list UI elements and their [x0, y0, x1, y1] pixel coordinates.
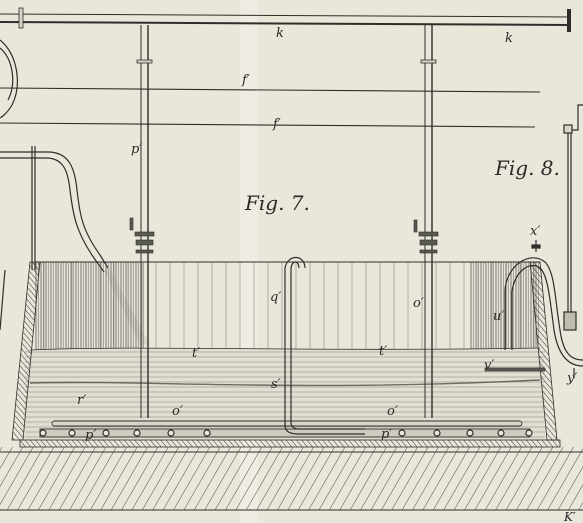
- label-v: v′: [484, 359, 494, 372]
- apparatus-drawing: [0, 0, 583, 523]
- label-u: u′: [493, 310, 504, 323]
- label-q: q′: [270, 291, 281, 304]
- label-t-left: t′: [192, 347, 200, 360]
- label-o-upper-right: o′: [413, 297, 424, 310]
- engraving-plate: k k f′ f′ p′ Fig. 7. Fig. 8. x′ q′ o′ u′…: [0, 0, 583, 523]
- figure-8-title: Fig. 8.: [495, 158, 560, 178]
- wire-f-upper: [0, 88, 540, 92]
- figure-7-title: Fig. 7.: [245, 193, 310, 213]
- label-x: x′: [530, 225, 540, 238]
- label-t-right: t′: [379, 345, 387, 358]
- tank-fig7: [12, 262, 560, 447]
- label-f-lower: f′: [273, 118, 281, 131]
- label-corner-k: K′: [564, 511, 576, 523]
- label-f-upper: f′: [242, 74, 250, 87]
- label-k-left: k: [276, 27, 284, 40]
- label-p-lower-right: p′: [381, 428, 392, 441]
- label-y: y′: [567, 372, 577, 385]
- label-s: s′: [271, 378, 281, 391]
- ground-section: [0, 447, 583, 510]
- label-k-right: k: [505, 32, 513, 45]
- label-p-lower-left: p′: [85, 429, 96, 442]
- label-r: r′: [77, 394, 86, 407]
- label-o-lower-left: o′: [172, 405, 183, 418]
- label-p-upper: p′: [131, 143, 142, 156]
- label-o-lower-right: o′: [387, 405, 398, 418]
- main-pipe-k: [0, 8, 571, 32]
- wire-f-lower: [0, 123, 535, 127]
